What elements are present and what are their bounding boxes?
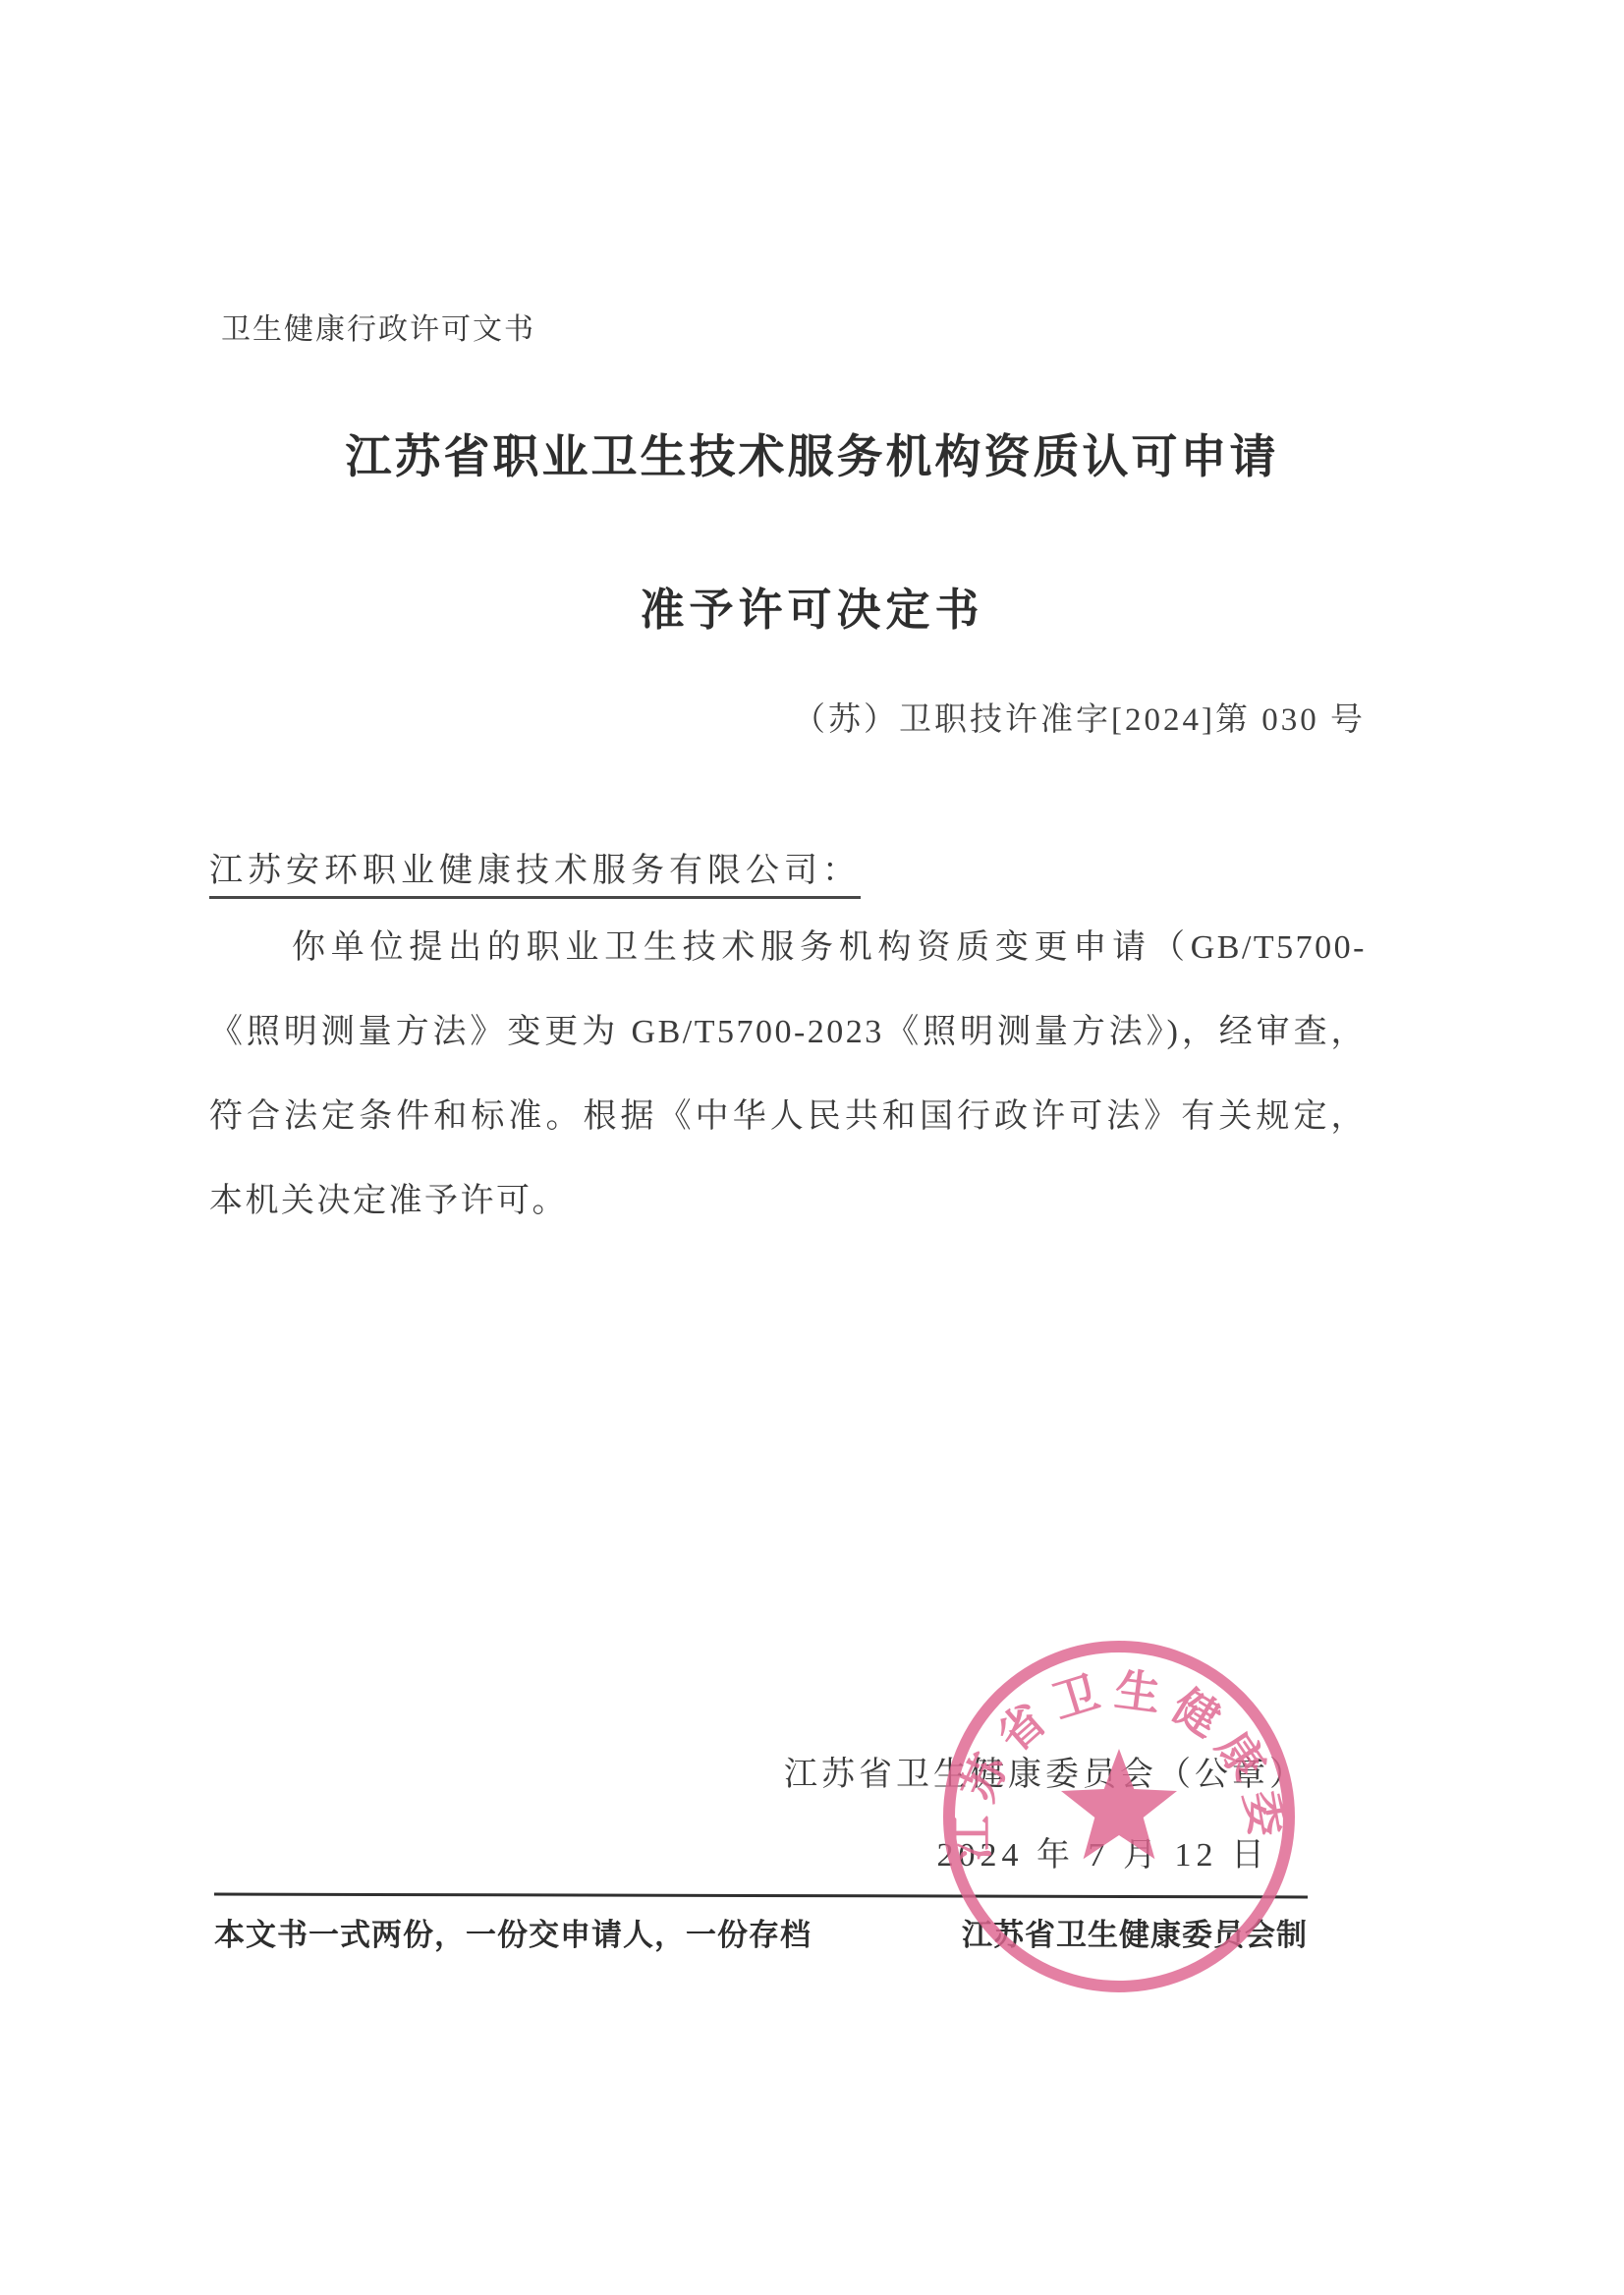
issue-date: 2024 年 7 月 12 日	[937, 1827, 1270, 1875]
issuing-authority-signature: 江苏省卫生健康委员会（公章）	[784, 1747, 1307, 1795]
footer-divider-line	[214, 1893, 1308, 1899]
body-line: 《照明测量方法》变更为 GB/T5700-2023《照明测量方法》)，经审查，	[209, 990, 1367, 1075]
body-line: 符合法定条件和标准。根据《中华人民共和国行政许可法》有关规定，	[209, 1075, 1367, 1159]
document-number: （苏）卫职技许准字[2024]第 030 号	[793, 694, 1366, 740]
decision-body: 你单位提出的职业卫生技术服务机构资质变更申请（GB/T5700-2008 《照明…	[209, 906, 1367, 1244]
addressee-company-name: 江苏安环职业健康技术服务有限公司：	[209, 853, 861, 899]
footer: 本文书一式两份，一份交申请人，一份存档 江苏省卫生健康委员会制	[214, 1910, 1308, 1954]
document-title: 江苏省职业卫生技术服务机构资质认可申请	[0, 420, 1624, 486]
footer-copies-note: 本文书一式两份，一份交申请人，一份存档	[214, 1910, 812, 1954]
license-document-page: 卫生健康行政许可文书 江苏省职业卫生技术服务机构资质认可申请 准予许可决定书 （…	[0, 0, 1624, 2295]
addressee-line: 江苏安环职业健康技术服务有限公司：	[209, 843, 861, 891]
document-category-label: 卫生健康行政许可文书	[221, 305, 535, 348]
footer-issuer-note: 江苏省卫生健康委员会制	[962, 1910, 1308, 1954]
document-subtitle: 准予许可决定书	[0, 574, 1624, 638]
body-line: 本机关决定准予许可。	[209, 1159, 1367, 1244]
body-line: 你单位提出的职业卫生技术服务机构资质变更申请（GB/T5700-2008	[209, 906, 1367, 990]
